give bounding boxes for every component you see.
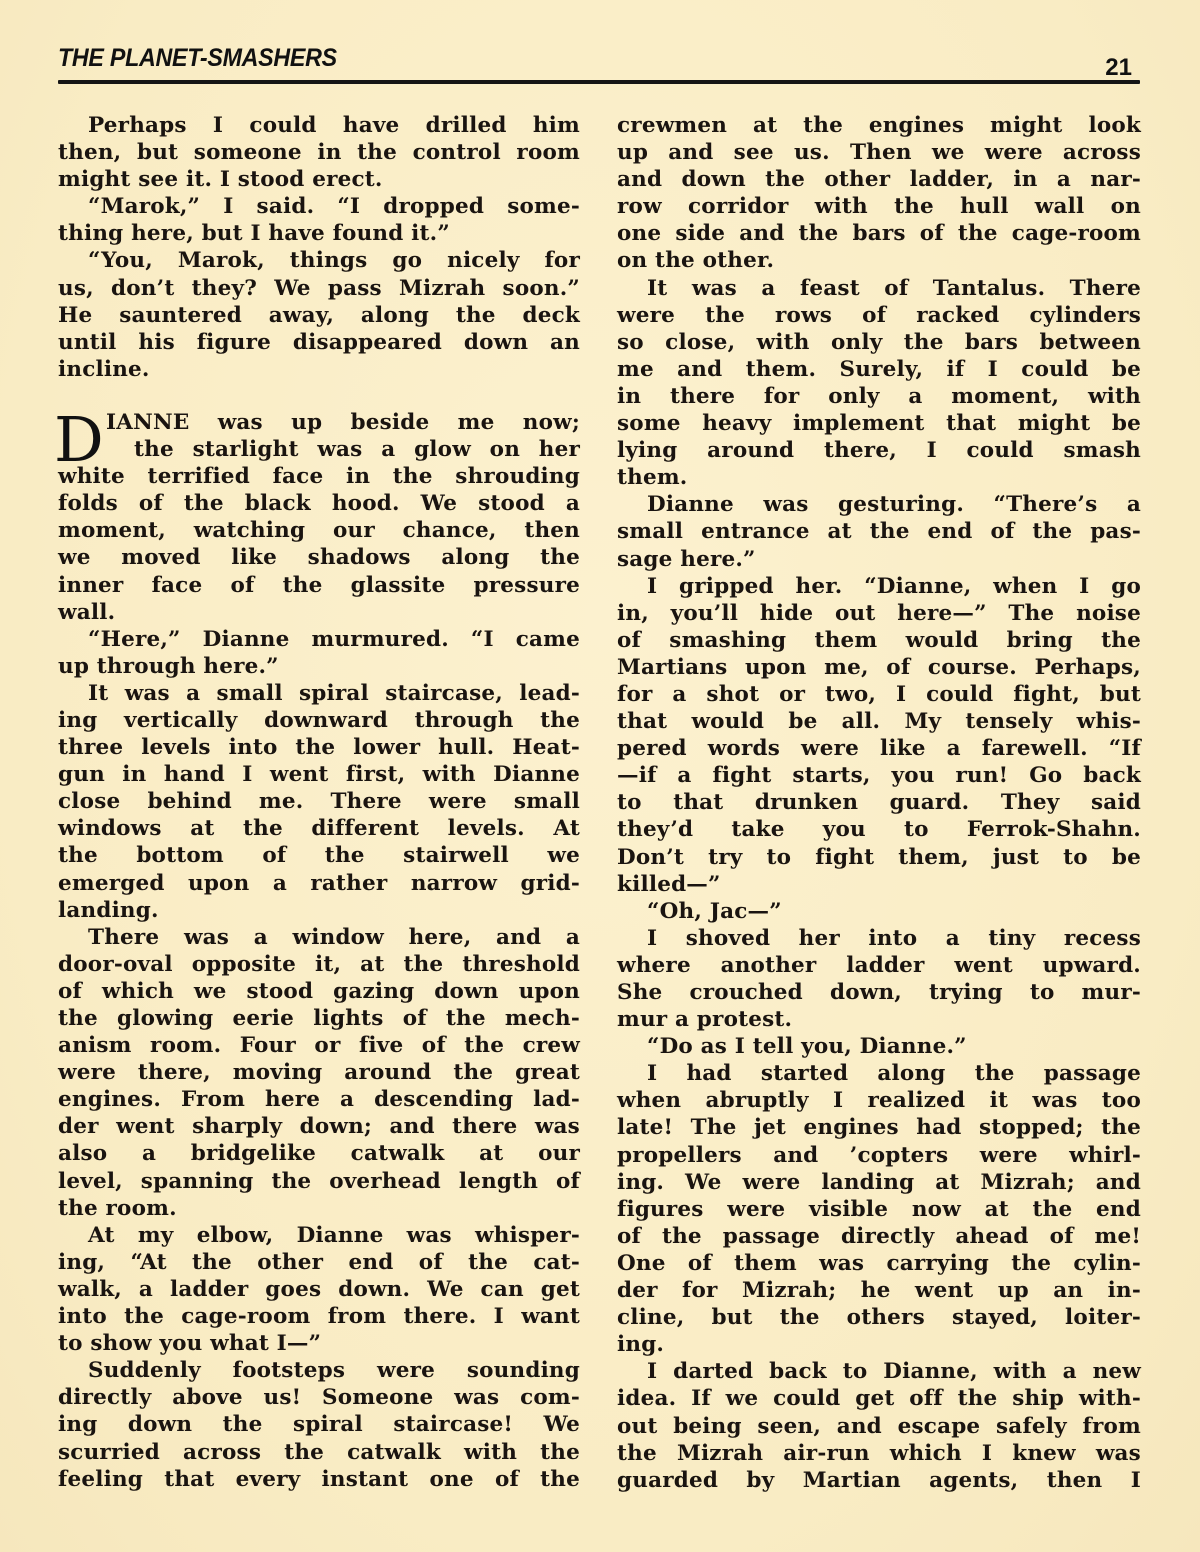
text-line: wall. (58, 599, 580, 626)
text-line: walk, a ladder goes down. We can get (58, 1276, 580, 1303)
text-line: “Marok,” I said. “I dropped some- (58, 193, 580, 220)
text-line: Dianne was gesturing. “There’s a (617, 491, 1141, 518)
text-line: folds of the black hood. We stood a (58, 490, 580, 517)
text-line: pered words were like a farewell. “If (617, 735, 1141, 762)
text-line: “Do as I tell you, Dianne.” (617, 1033, 1141, 1060)
text-line: to that drunken guard. They said (617, 789, 1141, 816)
text-line: that would be all. My tensely whis- (617, 708, 1141, 735)
text-line: Perhaps I could have drilled him (58, 112, 580, 139)
text-line: Martians upon me, of course. Perhaps, (617, 654, 1141, 681)
text-line: At my elbow, Dianne was whisper- (58, 1222, 580, 1249)
text-line: der went sharply down; and there was (58, 1113, 580, 1140)
header-rule (58, 80, 1140, 84)
text-line: the room. (58, 1195, 580, 1222)
text-line: late! The jet engines had stopped; the (617, 1114, 1141, 1141)
text-line: the bottom of the stairwell we (58, 842, 580, 869)
text-line: It was a small spiral staircase, lead- (58, 680, 580, 707)
text-line: we moved like shadows along the (58, 544, 580, 571)
page-number: 21 (1105, 54, 1132, 82)
text-line: the Mizrah air-run which I knew was (617, 1440, 1141, 1467)
text-line: row corridor with the hull wall on (617, 193, 1141, 220)
text-line: cline, but the others stayed, loiter- (617, 1304, 1141, 1331)
text-line: ing vertically downward through the (58, 707, 580, 734)
text-line: the glowing eerie lights of the mech- (58, 1005, 580, 1032)
text-line: in there for only a moment, with (617, 383, 1141, 410)
text-line: of smashing them would bring the (617, 627, 1141, 654)
left-column-section: D IANNE was up beside me now;the starlig… (58, 409, 580, 1493)
text-line: idea. If we could get off the ship with- (617, 1385, 1141, 1412)
text-line: scurried across the catwalk with the (58, 1439, 580, 1466)
text-line: white terrified face in the shrouding (58, 463, 580, 490)
text-line: of which we stood gazing down upon (58, 978, 580, 1005)
text-line: small entrance at the end of the pas- (617, 518, 1141, 545)
text-line: “You, Marok, things go nicely for (58, 247, 580, 274)
drop-cap: D (54, 409, 104, 471)
text-line: I shoved her into a tiny recess (617, 925, 1141, 952)
text-line: us, don’t they? We pass Mizrah soon.” (58, 275, 580, 302)
text-line: There was a window here, and a (58, 924, 580, 951)
right-column: crewmen at the engines might lookup and … (617, 112, 1141, 1494)
text-line: on the other. (617, 247, 1141, 274)
text-line: they’d take you to Ferrok-Shahn. (617, 816, 1141, 843)
text-line: directly above us! Someone was com- (58, 1384, 580, 1411)
text-line: in, you’ll hide out here—” The noise (617, 600, 1141, 627)
text-line: were there, moving around the great (58, 1059, 580, 1086)
text-line: —if a fight starts, you run! Go back (617, 762, 1141, 789)
text-line: inner face of the glassite pressure (58, 572, 580, 599)
text-line: It was a feast of Tantalus. There (617, 275, 1141, 302)
text-line: guarded by Martian agents, then I (617, 1467, 1141, 1494)
text-line: so close, with only the bars between (617, 329, 1141, 356)
text-line: them. (617, 464, 1141, 491)
text-line: for a shot or two, I could fight, but (617, 681, 1141, 708)
text-line: out being seen, and escape safely from (617, 1413, 1141, 1440)
text-line: Don’t try to fight them, just to be (617, 844, 1141, 871)
text-line: until his figure disappeared down an (58, 329, 580, 356)
text-line: of the passage directly ahead of me! (617, 1223, 1141, 1250)
text-line: One of them was carrying the cylin- (617, 1250, 1141, 1277)
text-line: incline. (58, 356, 580, 383)
left-column: Perhaps I could have drilled himthen, bu… (58, 112, 580, 1493)
text-line: Suddenly footsteps were sounding (58, 1357, 580, 1384)
text-line: She crouched down, trying to mur- (617, 979, 1141, 1006)
text-line: close behind me. There were small (58, 788, 580, 815)
text-line: propellers and ’copters were whirl- (617, 1142, 1141, 1169)
text-line: moment, watching our chance, then (58, 517, 580, 544)
text-line: I gripped her. “Dianne, when I go (617, 573, 1141, 600)
text-line: gun in hand I went first, with Dianne (58, 761, 580, 788)
text-line: sage here.” (617, 546, 1141, 573)
text-line: might see it. I stood erect. (58, 166, 580, 193)
text-line: killed—” (617, 871, 1141, 898)
right-column-text: crewmen at the engines might lookup and … (617, 112, 1141, 1494)
running-title: THE PLANET-SMASHERS (58, 44, 337, 73)
text-line: I had started along the passage (617, 1060, 1141, 1087)
text-line: up through here.” (58, 653, 580, 680)
text-line: then, but someone in the control room (58, 139, 580, 166)
text-line: lying around there, I could smash (617, 437, 1141, 464)
text-line: IANNE was up beside me now; (58, 409, 580, 436)
text-line: into the cage-room from there. I want (58, 1303, 580, 1330)
text-line: where another ladder went upward. (617, 952, 1141, 979)
text-line: one side and the bars of the cage-room (617, 220, 1141, 247)
text-line: to show you what I—” (58, 1330, 580, 1357)
text-line: ing down the spiral staircase! We (58, 1411, 580, 1438)
text-line: feeling that every instant one of the (58, 1466, 580, 1493)
text-line: were the rows of racked cylinders (617, 302, 1141, 329)
text-line: I darted back to Dianne, with a new (617, 1358, 1141, 1385)
text-line: mur a protest. (617, 1006, 1141, 1033)
text-line: “Here,” Dianne murmured. “I came (58, 626, 580, 653)
text-line: door-oval opposite it, at the threshold (58, 951, 580, 978)
text-line: and down the other ladder, in a nar- (617, 166, 1141, 193)
text-line: der for Mizrah; he went up an in- (617, 1277, 1141, 1304)
text-line: ing. (617, 1331, 1141, 1358)
text-line: engines. From here a descending lad- (58, 1086, 580, 1113)
text-line: three levels into the lower hull. Heat- (58, 734, 580, 761)
text-line: ing, “At the other end of the cat- (58, 1249, 580, 1276)
text-line: up and see us. Then we were across (617, 139, 1141, 166)
text-line: He sauntered away, along the deck (58, 302, 580, 329)
text-line: anism room. Four or five of the crew (58, 1032, 580, 1059)
text-line: crewmen at the engines might look (617, 112, 1141, 139)
text-line: “Oh, Jac—” (617, 898, 1141, 925)
text-line: windows at the different levels. At (58, 815, 580, 842)
text-line: thing here, but I have found it.” (58, 220, 580, 247)
text-line: emerged upon a rather narrow grid- (58, 870, 580, 897)
text-line: ing. We were landing at Mizrah; and (617, 1169, 1141, 1196)
text-line: level, spanning the overhead length of (58, 1168, 580, 1195)
text-line: figures were visible now at the end (617, 1196, 1141, 1223)
text-line: me and them. Surely, if I could be (617, 356, 1141, 383)
text-line: landing. (58, 897, 580, 924)
text-line: the starlight was a glow on her (58, 436, 580, 463)
running-head: THE PLANET-SMASHERS 21 (58, 42, 1138, 82)
text-line: some heavy implement that might be (617, 410, 1141, 437)
left-column-intro: Perhaps I could have drilled himthen, bu… (58, 112, 580, 383)
text-line: also a bridgelike catwalk at our (58, 1140, 580, 1167)
text-line: when abruptly I realized it was too (617, 1087, 1141, 1114)
